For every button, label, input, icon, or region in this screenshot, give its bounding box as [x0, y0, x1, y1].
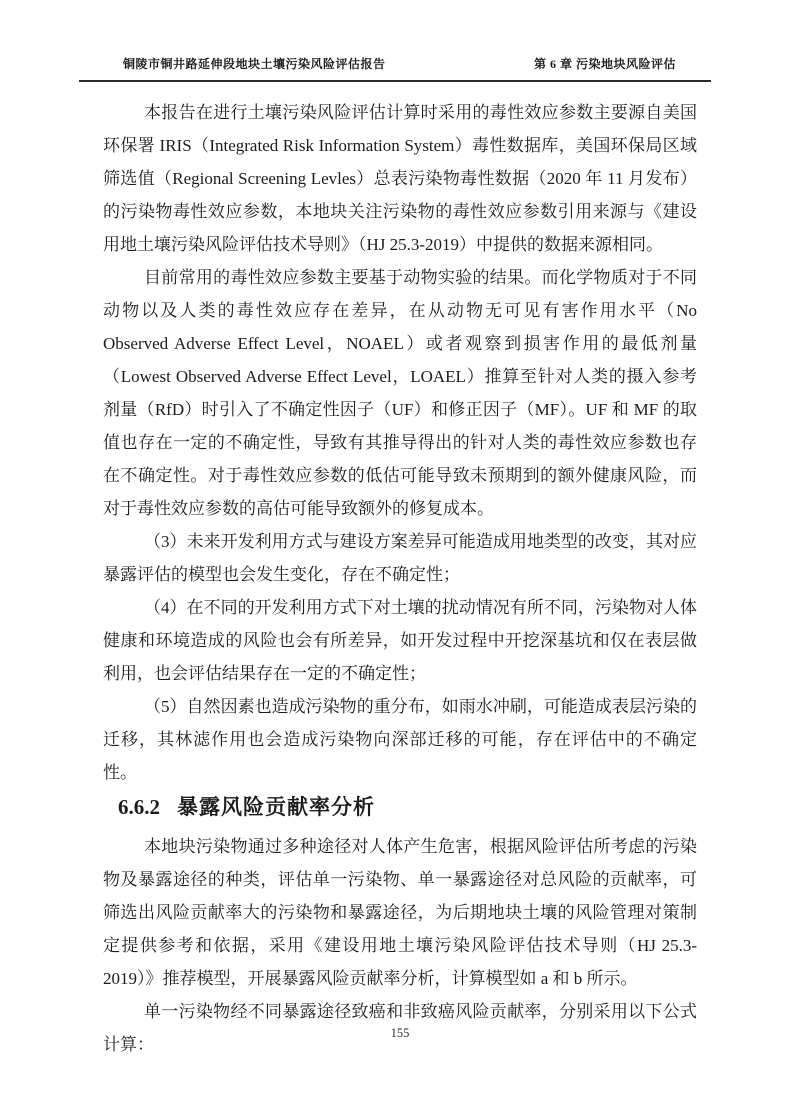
page-body: 本报告在进行土壤污染风险评估计算时采用的毒性效应参数主要源自美国环保署 IRIS…: [103, 96, 697, 1061]
paragraph-item-3-land-use-change: （3）未来开发利用方式与建设方案差异可能造成用地类型的改变，其对应暴露评估的模型…: [103, 525, 697, 591]
paragraph-toxicity-uncertainty: 目前常用的毒性效应参数主要基于动物实验的结果。而化学物质对于不同动物以及人类的毒…: [103, 261, 697, 525]
paragraph-toxicity-parameter-source: 本报告在进行土壤污染风险评估计算时采用的毒性效应参数主要源自美国环保署 IRIS…: [103, 96, 697, 261]
document-page: 铜陵市铜井路延伸段地块土壤污染风险评估报告 第 6 章 污染地块风险评估 本报告…: [0, 0, 790, 1119]
section-heading-6-6-2: 6.6.2暴露风险贡献率分析: [103, 789, 697, 826]
header-divider: [79, 80, 711, 82]
page-header: 铜陵市铜井路延伸段地块土壤污染风险评估报告 第 6 章 污染地块风险评估: [123, 55, 676, 72]
header-left-running-title: 铜陵市铜井路延伸段地块土壤污染风险评估报告: [123, 55, 386, 72]
page-number: 155: [391, 1026, 410, 1040]
paragraph-exposure-contribution-intro: 本地块污染物通过多种途径对人体产生危害，根据风险评估所考虑的污染物及暴露途径的种…: [103, 830, 697, 995]
paragraph-item-4-soil-disturbance: （4）在不同的开发利用方式下对土壤的扰动情况有所不同，污染物对人体健康和环境造成…: [103, 591, 697, 690]
paragraph-item-5-natural-factors: （5）自然因素也造成污染物的重分布，如雨水冲刷，可能造成表层污染的迁移，其林滤作…: [103, 690, 697, 789]
section-number: 6.6.2: [118, 795, 160, 819]
section-title: 暴露风险贡献率分析: [177, 796, 375, 819]
header-right-chapter-title: 第 6 章 污染地块风险评估: [534, 55, 676, 72]
page-footer: 155: [103, 1026, 697, 1041]
